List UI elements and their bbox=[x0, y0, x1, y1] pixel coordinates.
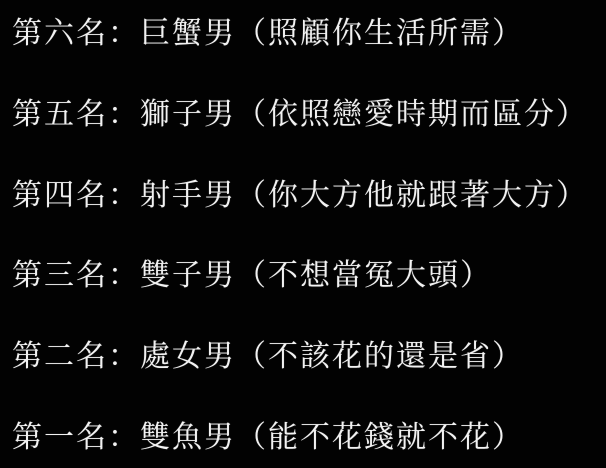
ranking-line-text: 第四名：射手男（你大方他就跟著大方） bbox=[12, 179, 588, 212]
ranking-line-text: 第三名：雙子男（不想當冤大頭） bbox=[12, 259, 492, 292]
ranking-line-rank1: 第一名：雙魚男（能不花錢就不花） bbox=[12, 418, 598, 458]
ranking-line-text: 第六名：巨蟹男（照顧你生活所需） bbox=[12, 17, 524, 50]
ranking-line-rank5: 第五名：獅子男（依照戀愛時期而區分） bbox=[12, 95, 598, 135]
ranking-line-text: 第二名：處女男（不該花的還是省） bbox=[12, 340, 524, 373]
zodiac-ranking-slide: 第六名：巨蟹男（照顧你生活所需） 第五名：獅子男（依照戀愛時期而區分） 第四名：… bbox=[0, 0, 606, 468]
ranking-line-rank4: 第四名：射手男（你大方他就跟著大方） bbox=[12, 176, 598, 216]
ranking-line-text: 第五名：獅子男（依照戀愛時期而區分） bbox=[12, 98, 588, 131]
ranking-line-rank6: 第六名：巨蟹男（照顧你生活所需） bbox=[12, 14, 598, 54]
ranking-line-rank2: 第二名：處女男（不該花的還是省） bbox=[12, 337, 598, 377]
ranking-line-rank3: 第三名：雙子男（不想當冤大頭） bbox=[12, 256, 598, 296]
ranking-line-text: 第一名：雙魚男（能不花錢就不花） bbox=[12, 421, 524, 454]
